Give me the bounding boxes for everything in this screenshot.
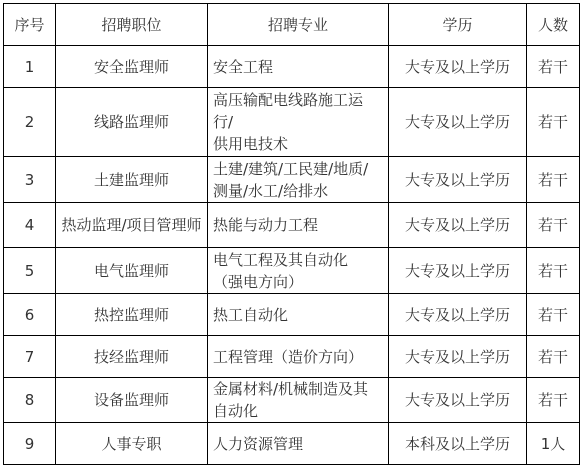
row-position: 热控监理师 xyxy=(56,294,208,336)
table-row: 1 安全监理师 安全工程 大专及以上学历 若干 xyxy=(4,46,580,88)
major-line: 金属材料/机械制造及其自动化 xyxy=(213,378,383,422)
table-row: 7 技经监理师 工程管理（造价方向） 大专及以上学历 若干 xyxy=(4,336,580,378)
row-position: 设备监理师 xyxy=(56,378,208,423)
table-row: 3 土建监理师 土建/建筑/工民建/地质/测量/水工/给排水 大专及以上学历 若… xyxy=(4,157,580,203)
major-line: 人力资源管理 xyxy=(213,433,383,455)
row-position: 技经监理师 xyxy=(56,336,208,378)
row-position: 安全监理师 xyxy=(56,46,208,88)
row-position: 线路监理师 xyxy=(56,88,208,157)
row-count: 若干 xyxy=(527,88,580,157)
header-position: 招聘职位 xyxy=(56,4,208,46)
header-major: 招聘专业 xyxy=(208,4,389,46)
row-count: 若干 xyxy=(527,157,580,203)
row-count: 若干 xyxy=(527,336,580,378)
row-no: 2 xyxy=(4,88,56,157)
row-major: 工程管理（造价方向） xyxy=(208,336,389,378)
row-major: 土建/建筑/工民建/地质/测量/水工/给排水 xyxy=(208,157,389,203)
row-education: 大专及以上学历 xyxy=(389,203,527,248)
row-major: 电气工程及其自动化（强电方向） xyxy=(208,248,389,294)
row-count: 若干 xyxy=(527,248,580,294)
row-position: 电气监理师 xyxy=(56,248,208,294)
row-no: 9 xyxy=(4,423,56,465)
row-major: 安全工程 xyxy=(208,46,389,88)
major-line: 热能与动力工程 xyxy=(213,214,383,236)
major-line: 热工自动化 xyxy=(213,304,383,326)
row-education: 大专及以上学历 xyxy=(389,378,527,423)
row-major: 热能与动力工程 xyxy=(208,203,389,248)
header-education: 学历 xyxy=(389,4,527,46)
header-count: 人数 xyxy=(527,4,580,46)
table-row: 9 人事专职 人力资源管理 本科及以上学历 1人 xyxy=(4,423,580,465)
major-line: 供用电技术 xyxy=(213,133,383,155)
row-count: 若干 xyxy=(527,203,580,248)
row-major: 金属材料/机械制造及其自动化 xyxy=(208,378,389,423)
recruitment-table: 序号 招聘职位 招聘专业 学历 人数 1 安全监理师 安全工程 大专及以上学历 … xyxy=(3,3,580,465)
row-count: 若干 xyxy=(527,378,580,423)
header-no: 序号 xyxy=(4,4,56,46)
header-row: 序号 招聘职位 招聘专业 学历 人数 xyxy=(4,4,580,46)
row-no: 8 xyxy=(4,378,56,423)
major-line: 安全工程 xyxy=(213,56,383,78)
row-education: 大专及以上学历 xyxy=(389,88,527,157)
row-position: 热动监理/项目管理师 xyxy=(56,203,208,248)
row-major: 热工自动化 xyxy=(208,294,389,336)
row-no: 5 xyxy=(4,248,56,294)
row-count: 若干 xyxy=(527,46,580,88)
row-no: 3 xyxy=(4,157,56,203)
row-position: 土建监理师 xyxy=(56,157,208,203)
major-line: 土建/建筑/工民建/地质/测量/水工/给排水 xyxy=(213,158,383,202)
table-row: 2 线路监理师 高压输配电线路施工运行/供用电技术 大专及以上学历 若干 xyxy=(4,88,580,157)
major-line: 工程管理（造价方向） xyxy=(213,346,383,368)
row-no: 7 xyxy=(4,336,56,378)
row-education: 大专及以上学历 xyxy=(389,248,527,294)
table-row: 6 热控监理师 热工自动化 大专及以上学历 若干 xyxy=(4,294,580,336)
major-line: （强电方向） xyxy=(213,271,383,293)
row-education: 本科及以上学历 xyxy=(389,423,527,465)
table-row: 5 电气监理师 电气工程及其自动化（强电方向） 大专及以上学历 若干 xyxy=(4,248,580,294)
row-major: 人力资源管理 xyxy=(208,423,389,465)
table-row: 4 热动监理/项目管理师 热能与动力工程 大专及以上学历 若干 xyxy=(4,203,580,248)
row-no: 4 xyxy=(4,203,56,248)
table-row: 8 设备监理师 金属材料/机械制造及其自动化 大专及以上学历 若干 xyxy=(4,378,580,423)
row-education: 大专及以上学历 xyxy=(389,46,527,88)
major-line: 高压输配电线路施工运行/ xyxy=(213,89,383,133)
row-position: 人事专职 xyxy=(56,423,208,465)
major-line: 电气工程及其自动化 xyxy=(213,249,383,271)
row-education: 大专及以上学历 xyxy=(389,336,527,378)
row-education: 大专及以上学历 xyxy=(389,294,527,336)
row-no: 1 xyxy=(4,46,56,88)
row-education: 大专及以上学历 xyxy=(389,157,527,203)
row-count: 若干 xyxy=(527,294,580,336)
row-no: 6 xyxy=(4,294,56,336)
row-major: 高压输配电线路施工运行/供用电技术 xyxy=(208,88,389,157)
row-count: 1人 xyxy=(527,423,580,465)
